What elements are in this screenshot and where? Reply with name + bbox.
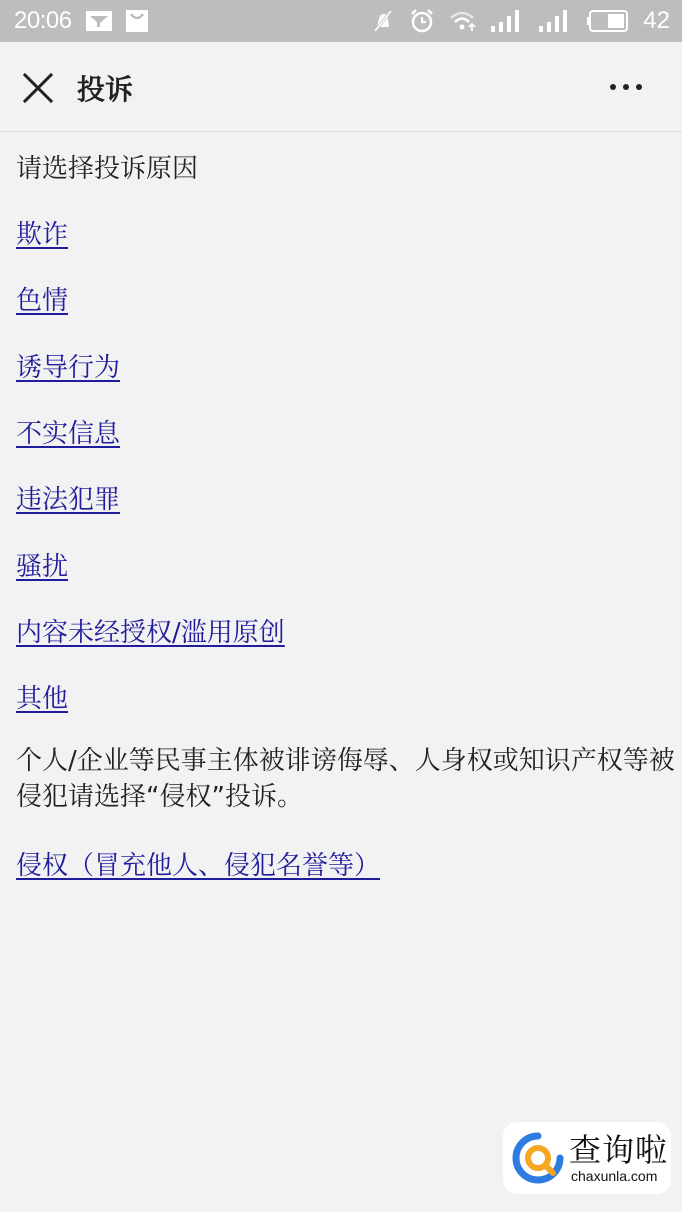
wifi-icon [449, 10, 477, 32]
infringement-link[interactable]: 侵权（冒充他人、侵犯名誉等） [16, 845, 380, 882]
more-options-button[interactable] [610, 78, 646, 96]
search-magnifier-logo-icon [511, 1131, 565, 1185]
nav-bar: 投诉 [0, 42, 682, 132]
page-title: 投诉 [77, 68, 133, 108]
reason-link-false-info[interactable]: 不实信息 [16, 413, 120, 450]
shopping-bag-icon [126, 10, 148, 32]
prompt-text: 请选择投诉原因 [16, 148, 198, 185]
reason-link-inducement[interactable]: 诱导行为 [16, 347, 120, 384]
signal-icon [491, 10, 525, 32]
signal-icon [539, 10, 573, 32]
more-icon-dot [623, 84, 629, 90]
status-bar-right: 42 [371, 7, 670, 35]
watermark-text: 查询啦 chaxunla.com [569, 1132, 668, 1184]
status-bar-left: 20:06 [14, 7, 148, 35]
battery-percent: 42 [643, 7, 670, 35]
status-time: 20:06 [14, 7, 72, 35]
reason-link-pornography[interactable]: 色情 [16, 280, 68, 317]
status-bar: 20:06 42 [0, 0, 682, 42]
reason-link-fraud[interactable]: 欺诈 [16, 214, 68, 251]
battery-icon [587, 10, 629, 32]
infringement-note: 个人/企业等民事主体被诽谤侮辱、人身权或知识产权等被侵犯请选择“侵权”投诉。 [16, 743, 676, 815]
watermark-name: 查询啦 [569, 1132, 668, 1168]
watermark-logo: 查询啦 chaxunla.com [503, 1122, 671, 1194]
close-button[interactable] [20, 70, 56, 106]
reason-link-unauthorized-content[interactable]: 内容未经授权/滥用原创 [16, 612, 285, 649]
close-icon [20, 70, 56, 106]
muted-bell-icon [371, 9, 395, 33]
watermark-domain: chaxunla.com [571, 1168, 668, 1184]
reason-link-illegal[interactable]: 违法犯罪 [16, 479, 120, 516]
reason-link-other[interactable]: 其他 [16, 678, 68, 715]
more-icon-dot [636, 84, 642, 90]
alarm-icon [409, 8, 435, 34]
more-icon [610, 84, 616, 90]
image-notification-icon [86, 11, 112, 31]
reason-link-harassment[interactable]: 骚扰 [16, 546, 68, 583]
